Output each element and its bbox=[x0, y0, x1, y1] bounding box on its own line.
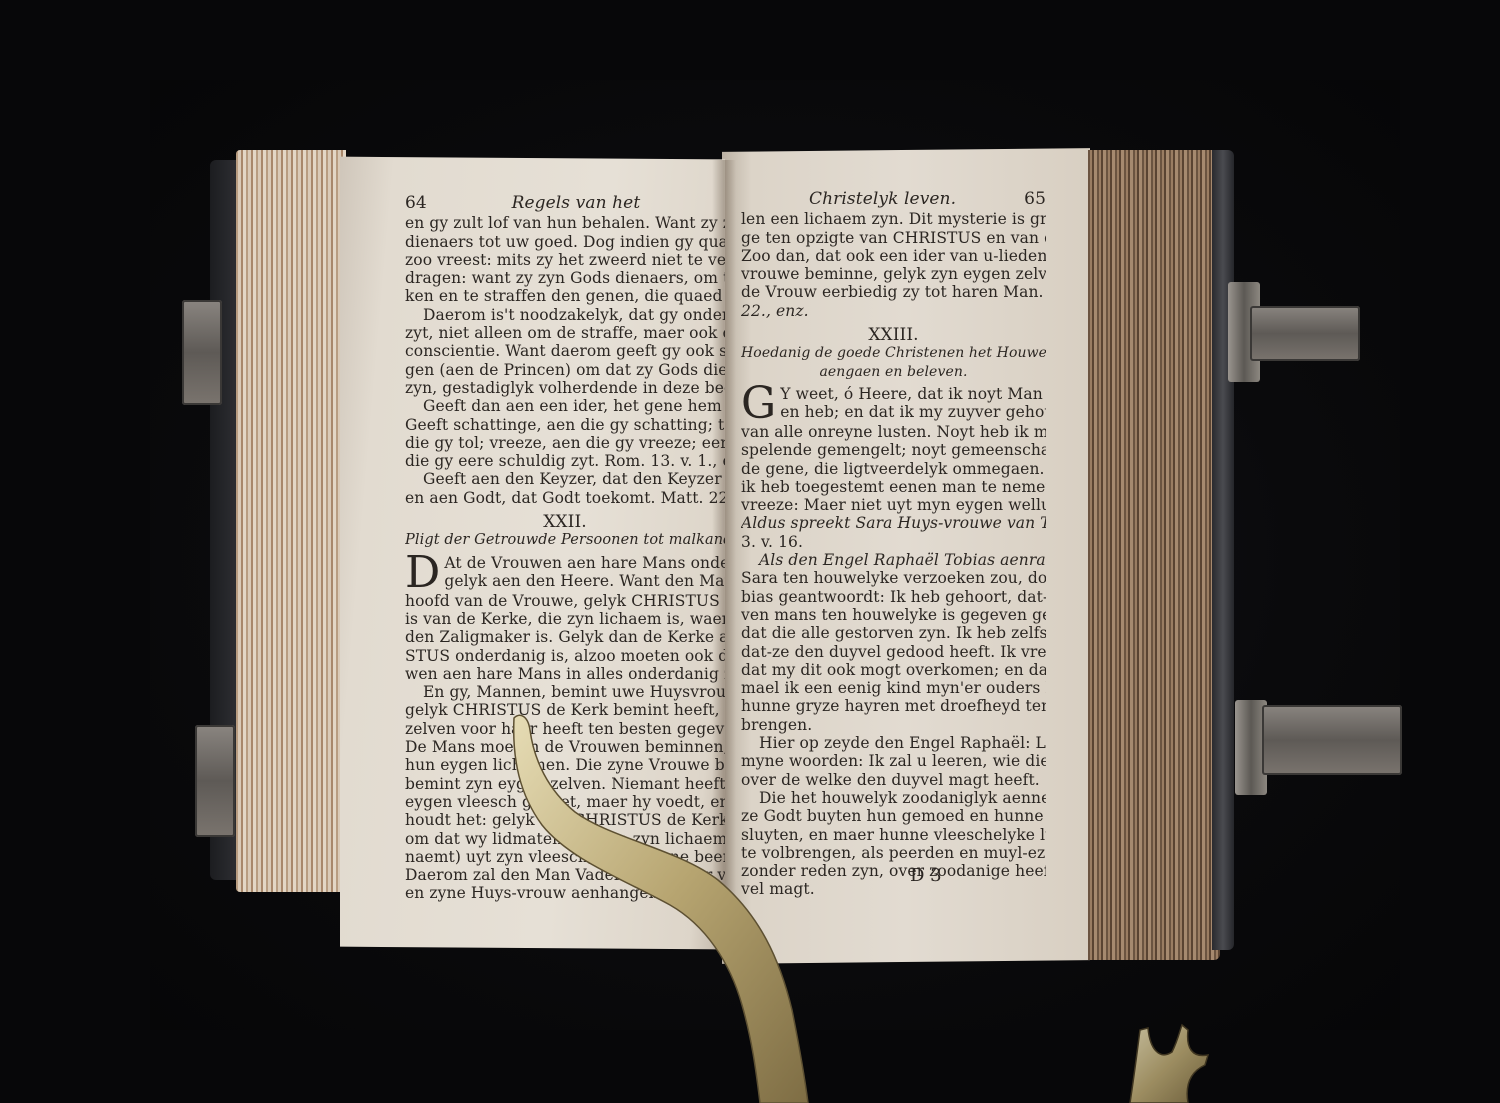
lizard-tail bbox=[514, 715, 808, 1103]
lizard-foot bbox=[1130, 1025, 1208, 1103]
brass-lizard-bookmark bbox=[0, 0, 1500, 1103]
